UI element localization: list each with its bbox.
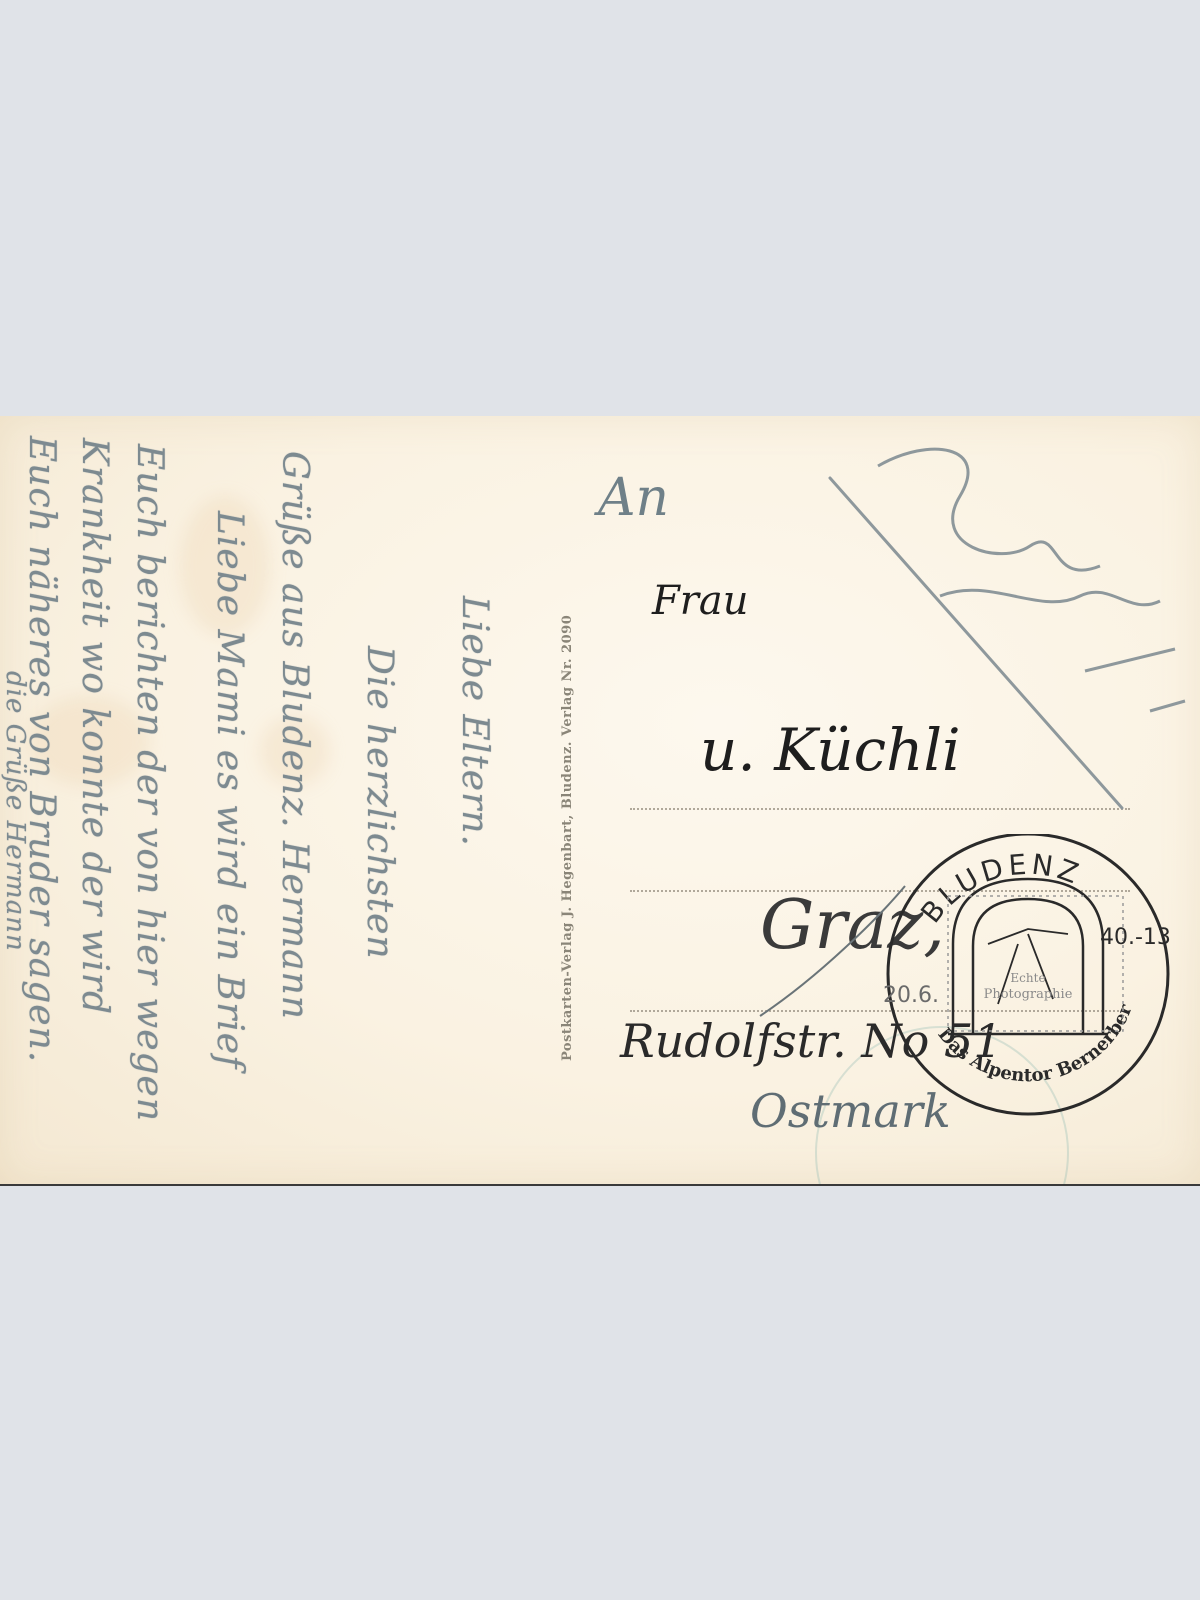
svg-text:40.-13: 40.-13	[1100, 925, 1171, 950]
svg-text:20.6.: 20.6.	[883, 983, 939, 1008]
postmark: BLUDENZ Das Alpentor Bernerberg Echte Ph…	[878, 834, 1178, 1124]
postmark-circle: BLUDENZ Das Alpentor Bernerberg Echte Ph…	[878, 834, 1178, 1124]
svg-text:Photographie: Photographie	[984, 987, 1073, 1002]
postcard: Euch näheres von Bruder sagen. Krankheit…	[0, 416, 1200, 1186]
svg-text:BLUDENZ: BLUDENZ	[914, 848, 1086, 929]
svg-text:Echte: Echte	[1010, 971, 1045, 985]
